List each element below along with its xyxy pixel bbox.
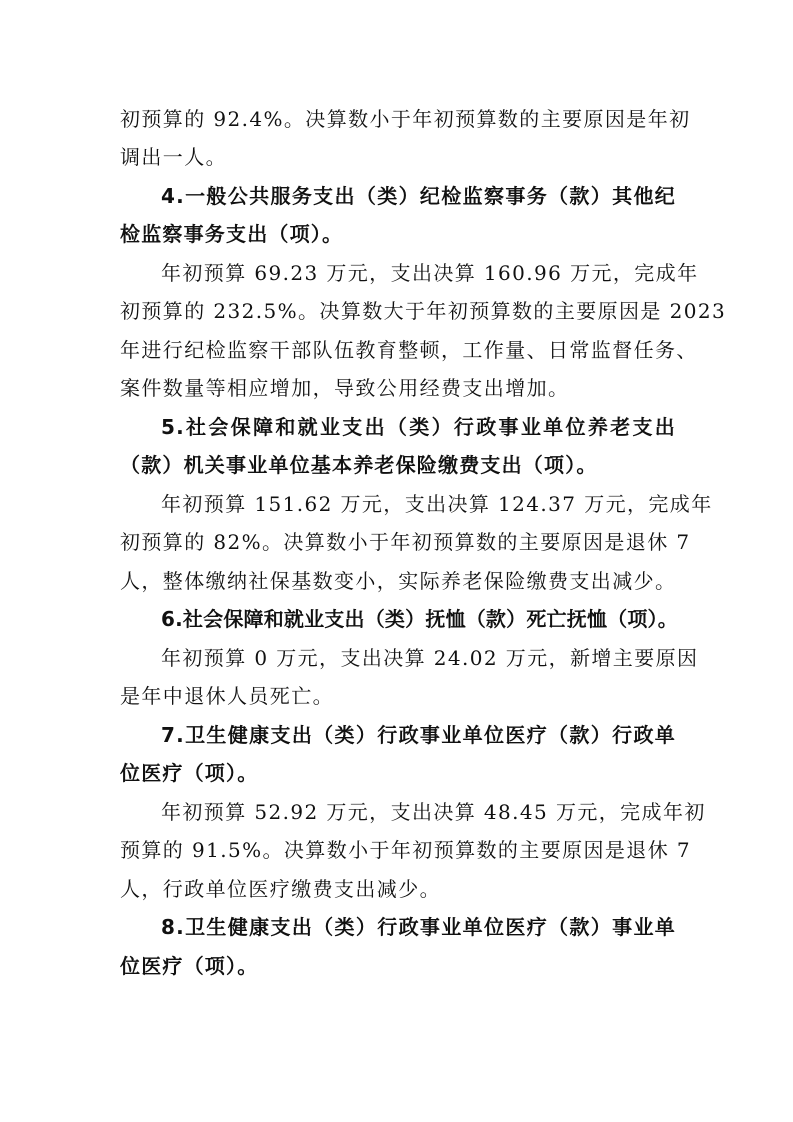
paragraph-line: 年初预算 0 万元，支出决算 24.02 万元，新增主要原因 <box>161 646 676 670</box>
section-heading-6: 6.社会保障和就业支出（类）抚恤（款）死亡抚恤（项）。 <box>161 607 676 631</box>
section-heading-8: 8.卫生健康支出（类）行政事业单位医疗（款）事业单 <box>161 915 676 939</box>
paragraph-line: 年进行纪检监察干部队伍教育整顿，工作量、日常监督任务、 <box>120 338 676 362</box>
section-heading-7: 7.卫生健康支出（类）行政事业单位医疗（款）行政单 <box>161 723 676 747</box>
section-heading-5-cont: （款）机关事业单位基本养老保险缴费支出（项）。 <box>120 453 676 477</box>
paragraph-line: 人，行政单位医疗缴费支出减少。 <box>120 877 676 901</box>
paragraph-line: 预算的 91.5%。决算数小于年初预算数的主要原因是退休 7 <box>120 838 676 862</box>
paragraph-line: 年初预算 69.23 万元，支出决算 160.96 万元，完成年 <box>161 261 676 285</box>
paragraph-line: 年初预算 52.92 万元，支出决算 48.45 万元，完成年初 <box>161 800 676 824</box>
paragraph-line: 初预算的 232.5%。决算数大于年初预算数的主要原因是 2023 <box>120 299 676 323</box>
paragraph-line: 初预算的 82%。决算数小于年初预算数的主要原因是退休 7 <box>120 530 676 554</box>
section-heading-4-cont: 检监察事务支出（项）。 <box>120 222 676 246</box>
paragraph-line: 调出一人。 <box>120 145 676 169</box>
paragraph-line: 年初预算 151.62 万元，支出决算 124.37 万元，完成年 <box>161 492 676 516</box>
paragraph-line: 人，整体缴纳社保基数变小，实际养老保险缴费支出减少。 <box>120 569 676 593</box>
section-heading-4: 4.一般公共服务支出（类）纪检监察事务（款）其他纪 <box>161 184 676 208</box>
section-heading-8-cont: 位医疗（项）。 <box>120 954 676 978</box>
section-heading-5: 5.社会保障和就业支出（类）行政事业单位养老支出 <box>161 415 676 439</box>
paragraph-line: 初预算的 92.4%。决算数小于年初预算数的主要原因是年初 <box>120 107 676 131</box>
paragraph-line: 是年中退休人员死亡。 <box>120 684 676 708</box>
section-heading-7-cont: 位医疗（项）。 <box>120 761 676 785</box>
document-page: 初预算的 92.4%。决算数小于年初预算数的主要原因是年初 调出一人。 4.一般… <box>0 0 793 1122</box>
paragraph-line: 案件数量等相应增加，导致公用经费支出增加。 <box>120 376 676 400</box>
